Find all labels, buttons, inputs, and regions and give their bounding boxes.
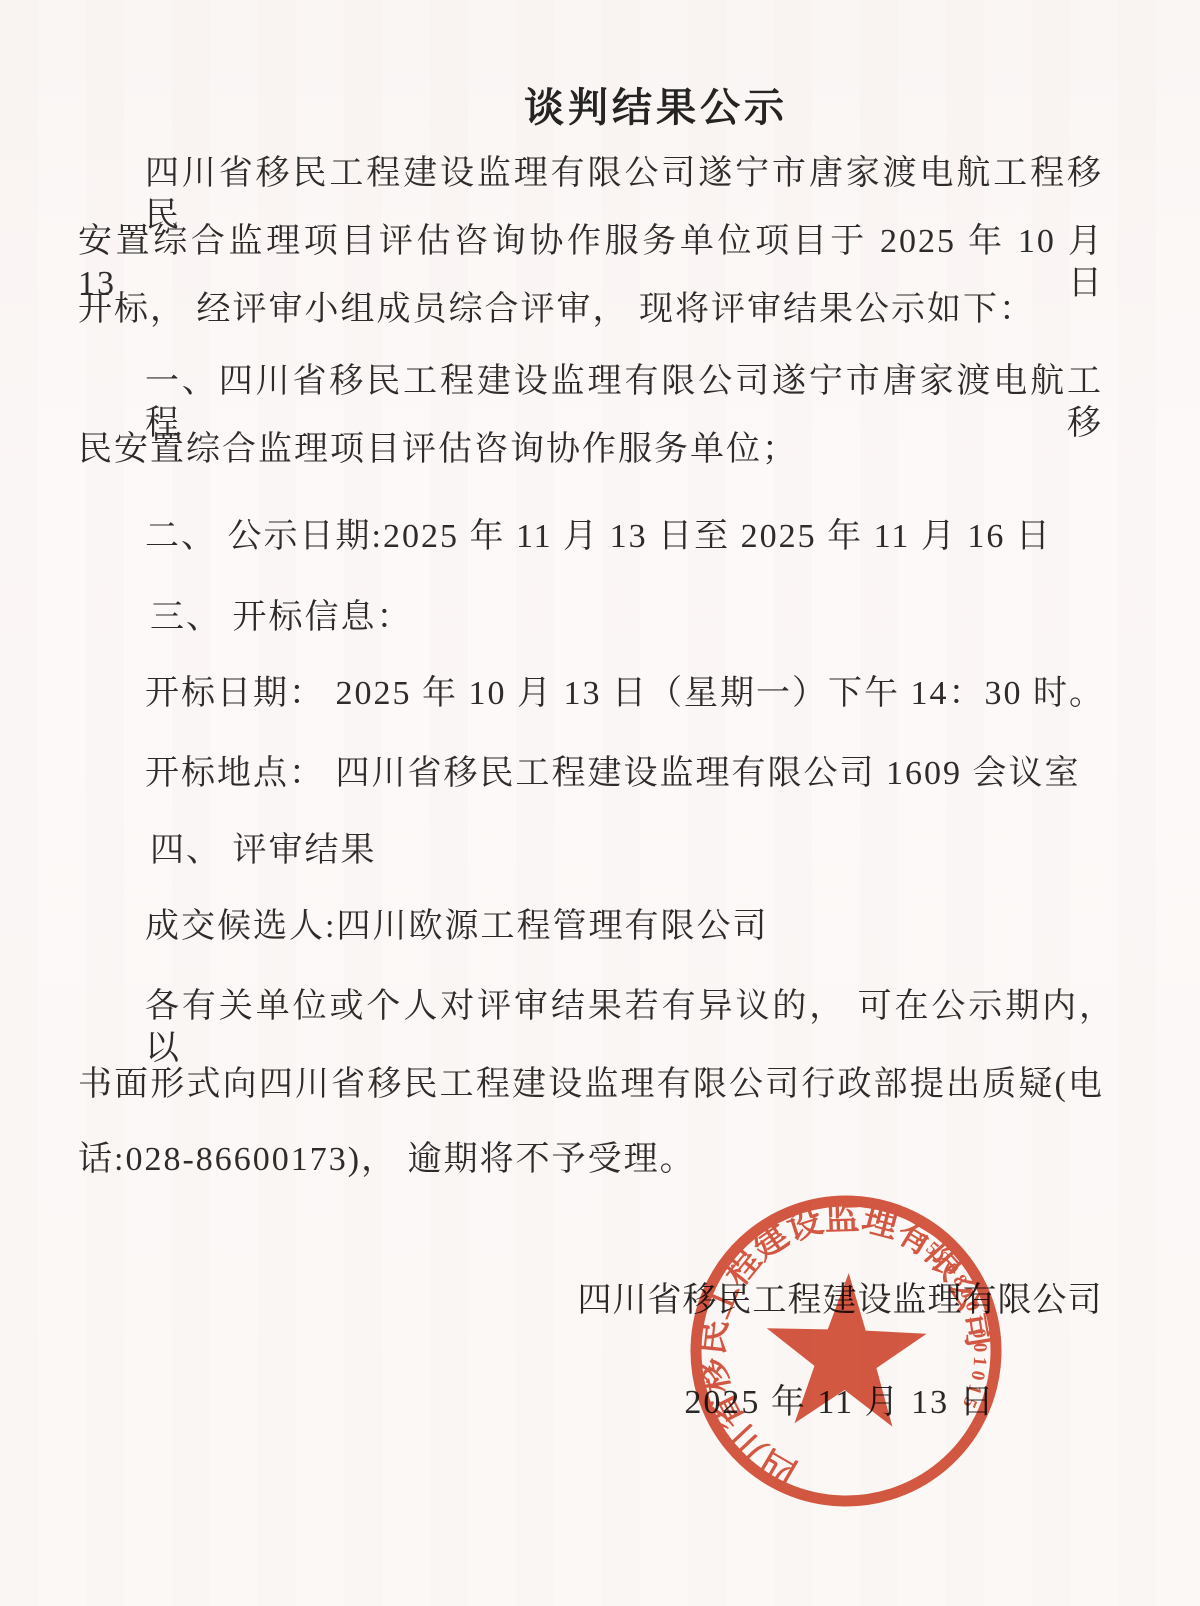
official-seal: 四川省移民工程建设监理有限公司 85208001001015 [670,1175,1022,1527]
document-title: 谈判结果公示 [0,76,1200,133]
document-line: 书面形式向四川省移民工程建设监理有限公司行政部提出质疑(电 [78,1064,1104,1106]
document-line: 开标， 经评审小组成员综合评审， 现将评审结果公示如下： [78,289,1035,331]
document-line-result-heading: 四、 评审结果 [150,830,377,872]
document-line: 民安置综合监理项目评估咨询协作服务单位； [78,429,798,471]
document-line: 各有关单位或个人对评审结果若有异议的， 可在公示期内， 以 [145,986,1115,1070]
document-line-bid-location: 开标地点： 四川省移民工程建设监理有限公司 1609 会议室 [145,753,1081,795]
document-line-publicity-date: 二、 公示日期:2025 年 11 月 13 日至 2025 年 11 月 16… [145,516,1052,558]
document-line-bid-date: 开标日期： 2025 年 10 月 13 日（星期一）下午 14：30 时。 [145,673,1105,715]
document-line-bid-info-heading: 三、 开标信息： [150,597,413,639]
document-page: 谈判结果公示 四川省移民工程建设监理有限公司遂宁市唐家渡电航工程移民 安置综合监… [0,0,1200,1606]
star-icon [763,1270,928,1427]
document-line: 话:028-86600173)， 逾期将不予受理。 [78,1139,696,1181]
document-line-winning-candidate: 成交候选人:四川欧源工程管理有限公司 [145,906,768,948]
